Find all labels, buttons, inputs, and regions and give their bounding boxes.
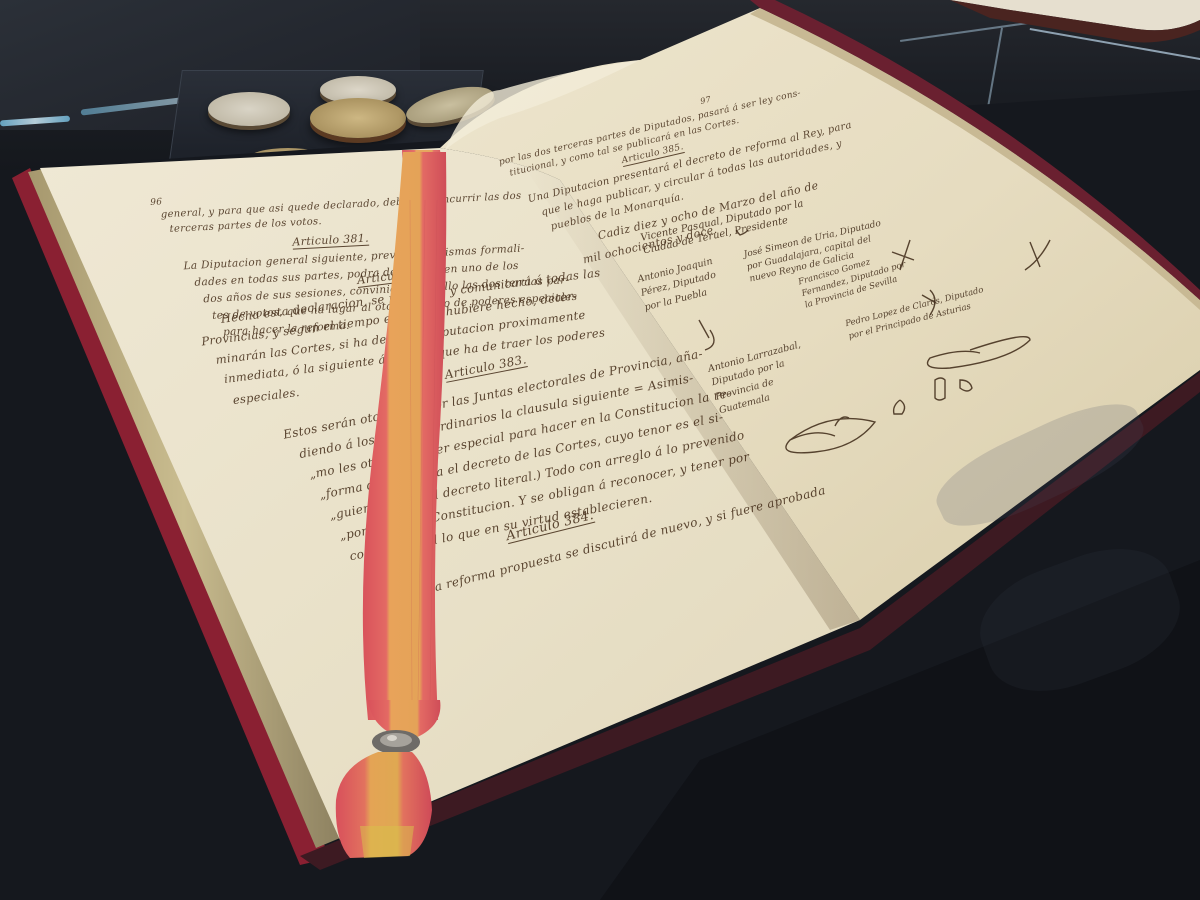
museum-display-scene: 96 general, y para que asi quede declara…	[0, 0, 1200, 900]
